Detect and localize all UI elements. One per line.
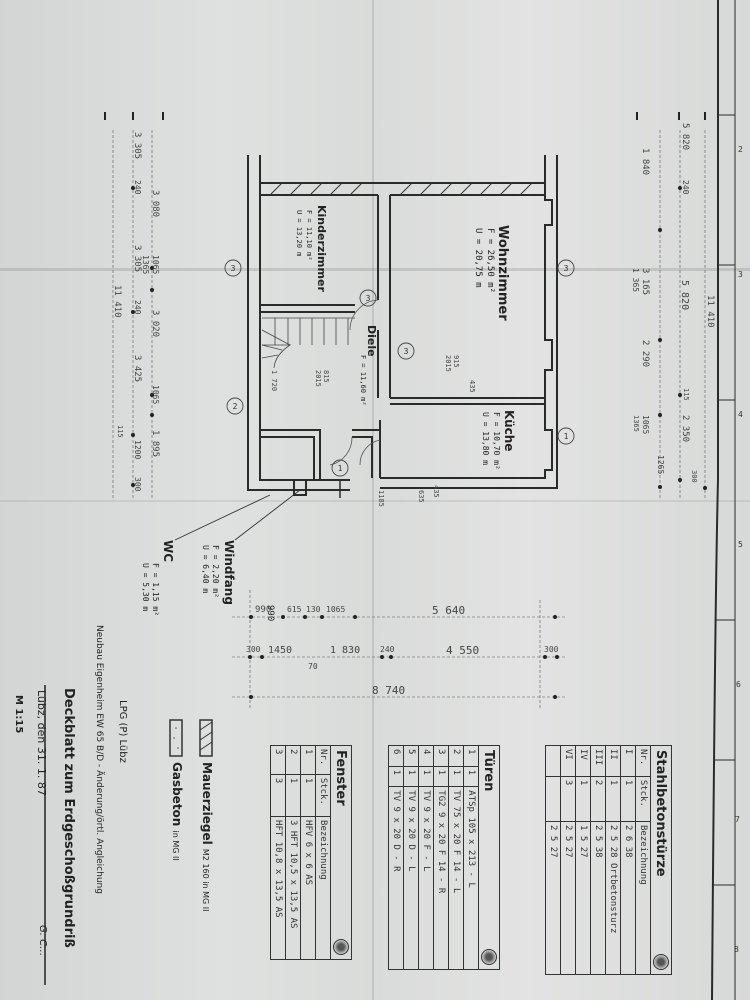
table-header-row: Nr.Stck.Bezeichnung — [636, 746, 651, 975]
legend-label-mauerziegel: Mauerziegel M2 160 in MG II — [200, 762, 214, 911]
sheet-edge-number: 6 — [736, 680, 741, 689]
table-tueren: Türen 11ATSp 105 x 213 - L 21TV 75 x 20 … — [388, 745, 500, 970]
table-row: VI32 5 27 — [561, 746, 576, 975]
stamp-icon — [653, 954, 669, 970]
dimension-label: 2015 — [444, 355, 452, 372]
dimension-label: 1065 — [326, 605, 345, 614]
dimension-label: 3 305 — [132, 245, 142, 272]
table-row: 51TV 9 x 20 D - L — [404, 746, 419, 970]
dimension-label: 2 350 — [680, 415, 690, 442]
table-row: III22 5 38 — [591, 746, 606, 975]
dimension-label: 70 — [308, 662, 318, 671]
table-row: 11ATSp 105 x 213 - L — [464, 746, 479, 970]
sheet-edge-number: 5 — [738, 540, 743, 549]
dimension-label: 1065 — [641, 415, 650, 434]
dimension-label: 5 820 — [679, 280, 690, 310]
dimension-label: 3 080 — [150, 190, 160, 217]
dimension-label: 240 — [380, 645, 394, 654]
dimension-label: 115 — [116, 425, 124, 438]
table-title: Türen — [482, 750, 497, 791]
dimension-label: 2015 — [314, 370, 322, 387]
room-label-wohnzimmer: Wohnzimmer — [495, 225, 510, 321]
room-label-kueche: Küche — [502, 410, 516, 451]
dimension-label: 815 — [322, 370, 330, 383]
dimension-ticks — [131, 186, 707, 699]
room-area: F = 1,15 m² — [151, 563, 160, 616]
scale: M 1:15 — [13, 695, 24, 733]
room-label-kinderzimmer: Kinderzimmer — [315, 205, 328, 292]
dimension-total: 11 410 — [705, 295, 715, 328]
dimension-label: 990 — [255, 605, 271, 615]
room-area: F = 11,10 m² — [305, 210, 313, 261]
room-perimeter: U = 13,20 m — [295, 210, 303, 256]
room-perimeter: U = 6,40 m — [201, 545, 210, 593]
window-mark: 3 — [404, 347, 409, 356]
table-fenster: Fenster Nr.Stck.Bezeichnung 11HFV 6 x 6 … — [270, 745, 352, 960]
dimension-label: 1 840 — [640, 148, 650, 175]
sheet-edge-number: 8 — [734, 945, 739, 954]
place-date: Lübz, den 31. 1. 87 — [35, 690, 48, 796]
dimension-label: 300 — [246, 645, 260, 654]
room-area: F = 26,50 m² — [485, 228, 495, 293]
table-row: 213 HFT 10,5 x 13,5 AS — [286, 746, 301, 960]
dimension-label: 1365 — [141, 255, 150, 274]
stamp-icon — [333, 939, 349, 955]
legend-dots-swatch — [170, 720, 182, 756]
dimension-label: 300 — [133, 477, 142, 491]
dimension-label: 2 290 — [640, 340, 650, 367]
table-row: II12 5 28 Ortbetonsturz — [606, 746, 621, 975]
dimension-label: 4 550 — [446, 644, 479, 657]
dimension-label: 130 — [306, 605, 320, 614]
dimension-label: 5 820 — [680, 123, 690, 150]
dimension-total: 8 740 — [372, 684, 405, 697]
room-area: F = 11,60 m² — [359, 355, 367, 406]
legend-label-gasbeton: Gasbeton in MG II — [170, 762, 184, 861]
drawing-title: Deckblatt zum Erdgeschoßgrundriß — [61, 688, 76, 948]
signature: G. C… — [37, 925, 48, 956]
dimension-label: 300 — [690, 470, 698, 483]
sheet-edge-number: 3 — [738, 270, 743, 279]
dimension-label: 300 — [544, 645, 558, 654]
table-row: 41TV 9 x 20 F - L — [419, 746, 434, 970]
table-row: 61TV 9 x 20 D - R — [389, 746, 404, 970]
dimension-label: 915 — [452, 355, 460, 368]
window-mark: 3 — [366, 294, 371, 303]
room-area: F = 2,20 m² — [211, 545, 220, 598]
dimension-label: 115 — [682, 388, 690, 401]
wall-hatching — [270, 183, 532, 195]
dimension-label: 435 — [468, 380, 476, 393]
table-title: Stahlbetonstürze — [654, 750, 669, 877]
dimension-label: 615 — [287, 605, 301, 614]
table-stahlbetonstuerze: Stahlbetonstürze Nr.Stck.Bezeichnung I12… — [545, 745, 672, 975]
sheet-edge-number: 7 — [735, 815, 740, 824]
table-row: I12 6 38 — [621, 746, 636, 975]
dimension-label: 3 165 — [640, 268, 650, 295]
dimension-label: 1 720 — [270, 370, 278, 391]
dimension-label: 3 425 — [132, 355, 142, 382]
stamp-icon — [481, 949, 497, 965]
dimension-label: 5 640 — [432, 604, 465, 617]
window-mark: 3 — [564, 264, 569, 273]
dimension-label: 1450 — [268, 645, 292, 656]
window-mark: 2 — [233, 402, 238, 411]
dimension-total: 11 410 — [112, 285, 122, 318]
table-row: 31TG2 9 x 20 F 14 - R — [434, 746, 449, 970]
room-label-wc: WC — [161, 540, 175, 562]
table-row: 2 5 27 — [546, 746, 561, 975]
table-title: Fenster — [334, 750, 349, 806]
dimension-label: 1185 — [377, 490, 385, 507]
dimension-label: 1065 — [151, 255, 160, 274]
dimension-label: 1065 — [151, 385, 160, 404]
room-perimeter: U = 20,75 m — [473, 228, 483, 288]
dimension-label: 1265 — [656, 455, 665, 474]
dimension-label: 240 — [681, 180, 690, 194]
table-row: 11HFV 6 x 6 AS — [301, 746, 316, 960]
window-mark: 3 — [231, 264, 236, 273]
dimension-label: 635 — [417, 490, 425, 503]
window-mark: 1 — [338, 464, 343, 473]
room-perimeter: U = 13,80 m — [481, 412, 490, 465]
dimension-label: 1200 — [133, 440, 142, 459]
table-row: IV11 5 27 — [576, 746, 591, 975]
dimension-lines — [113, 130, 705, 710]
table-header-row: Nr.Stck.Bezeichnung — [316, 746, 331, 960]
dimension-label: 1 830 — [330, 645, 360, 656]
room-perimeter: U = 5,30 m — [141, 563, 150, 611]
project-description: Neubau Eigenheim EW 65 B/D - Änderung/ör… — [94, 625, 104, 894]
dimension-label: 435 — [432, 485, 440, 498]
staircase — [262, 318, 355, 368]
dimension-label: 3 305 — [132, 132, 142, 159]
window-markers — [225, 260, 574, 476]
dimension-label: 1 895 — [150, 430, 160, 457]
dimension-label: 240 — [133, 300, 142, 314]
room-label-diele: Diele — [365, 325, 378, 357]
room-area: F = 10,70 m² — [492, 412, 501, 470]
dimension-label: 3 020 — [150, 310, 160, 337]
sheet-edge-number: 4 — [738, 410, 743, 419]
table-row: 33HFT 10,8 x 13,5 AS — [271, 746, 286, 960]
dimension-label: 240 — [133, 180, 142, 194]
dimension-label: 1365 — [632, 415, 640, 432]
sheet-edge-number: 2 — [738, 145, 743, 154]
org-name: LPG (P) Lübz — [117, 700, 128, 763]
window-mark: 1 — [564, 432, 569, 441]
table-row: 21TV 75 x 20 F 14 - L — [449, 746, 464, 970]
room-label-windfang: Windfang — [222, 540, 236, 605]
sheet-border — [712, 0, 718, 1000]
dimension-label: 1 365 — [631, 268, 640, 292]
